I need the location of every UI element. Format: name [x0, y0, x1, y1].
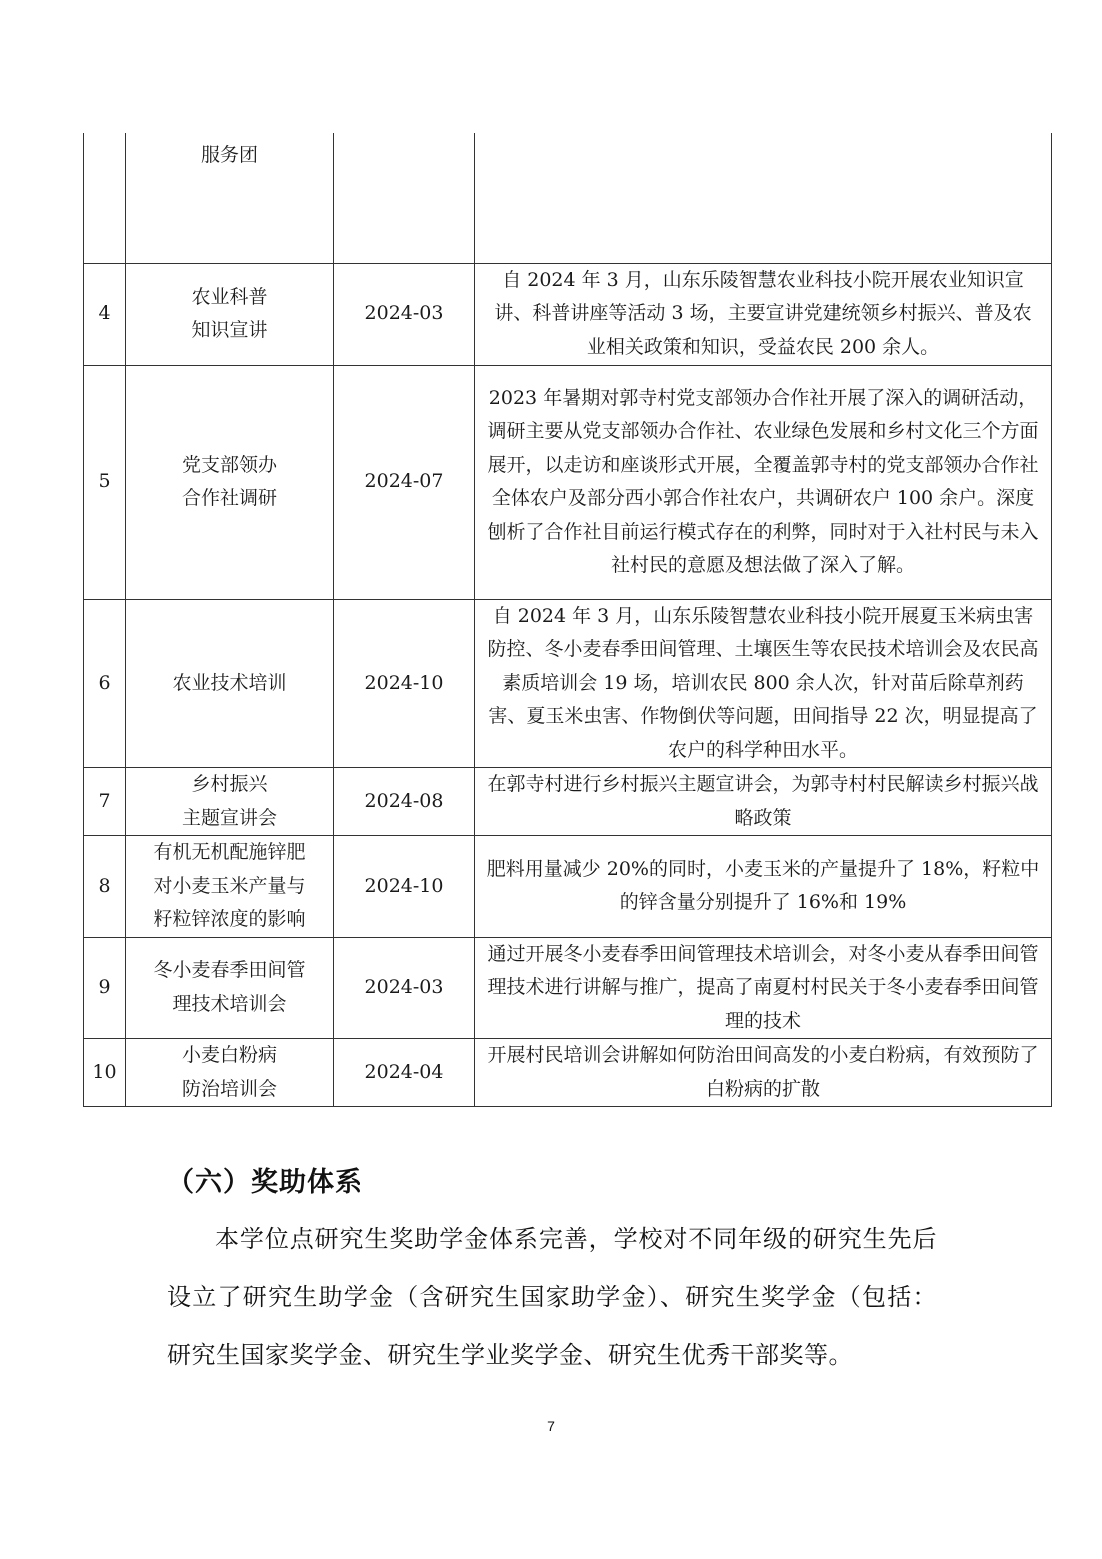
activity-description: 通过开展冬小麦春季田间管理技术培训会，对冬小麦从春季田间管理技术进行讲解与推广，… [475, 937, 1052, 1039]
table-row: 服务团 [84, 133, 1052, 263]
activity-date: 2024-10 [334, 599, 475, 768]
row-number: 9 [84, 937, 126, 1039]
activity-name-line: 乡村振兴 [132, 768, 327, 802]
activity-name-line: 有机无机配施锌肥 [132, 836, 327, 870]
row-number: 5 [84, 365, 126, 599]
activity-description: 肥料用量减少 20%的同时，小麦玉米的产量提升了 18%，籽粒中的锌含量分别提升… [475, 836, 1052, 938]
activity-date: 2024-07 [334, 365, 475, 599]
table-row: 7乡村振兴主题宣讲会2024-08在郭寺村进行乡村振兴主题宣讲会，为郭寺村村民解… [84, 768, 1052, 836]
activity-date: 2024-08 [334, 768, 475, 836]
row-number [84, 133, 126, 263]
activity-name-line: 冬小麦春季田间管 [132, 954, 327, 988]
activity-date: 2024-03 [334, 263, 475, 365]
activity-date: 2024-03 [334, 937, 475, 1039]
activity-name-line: 防治培训会 [132, 1073, 327, 1107]
activity-name: 乡村振兴主题宣讲会 [126, 768, 334, 836]
section-title: （六）奖助体系 [167, 1160, 363, 1199]
activity-name-line: 籽粒锌浓度的影响 [132, 903, 327, 937]
table-row: 6农业技术培训2024-10自 2024 年 3 月，山东乐陵智慧农业科技小院开… [84, 599, 1052, 768]
activity-name-line: 小麦白粉病 [132, 1039, 327, 1073]
activity-date: 2024-10 [334, 836, 475, 938]
row-number: 8 [84, 836, 126, 938]
row-number: 10 [84, 1039, 126, 1107]
activity-name-line: 主题宣讲会 [132, 802, 327, 836]
row-number: 6 [84, 599, 126, 768]
activity-name: 有机无机配施锌肥对小麦玉米产量与籽粒锌浓度的影响 [126, 836, 334, 938]
activity-name: 农业科普知识宣讲 [126, 263, 334, 365]
activity-name-line: 农业技术培训 [132, 667, 327, 701]
activity-name: 服务团 [126, 133, 334, 263]
section-paragraph: 本学位点研究生奖助学金体系完善，学校对不同年级的研究生先后设立了研究生助学金（含… [167, 1210, 937, 1384]
activity-name-line: 服务团 [132, 139, 327, 173]
table-row: 4农业科普知识宣讲2024-03自 2024 年 3 月，山东乐陵智慧农业科技小… [84, 263, 1052, 365]
activity-description: 在郭寺村进行乡村振兴主题宣讲会，为郭寺村村民解读乡村振兴战略政策 [475, 768, 1052, 836]
activity-name: 农业技术培训 [126, 599, 334, 768]
activity-name-line: 党支部领办 [132, 449, 327, 483]
activity-description: 开展村民培训会讲解如何防治田间高发的小麦白粉病，有效预防了白粉病的扩散 [475, 1039, 1052, 1107]
table-row: 10小麦白粉病防治培训会2024-04开展村民培训会讲解如何防治田间高发的小麦白… [84, 1039, 1052, 1107]
activity-date [334, 133, 475, 263]
activity-name: 小麦白粉病防治培训会 [126, 1039, 334, 1107]
activity-name-line: 知识宣讲 [132, 314, 327, 348]
activity-name: 冬小麦春季田间管理技术培训会 [126, 937, 334, 1039]
page-number: 7 [0, 1418, 1102, 1434]
activity-name-line: 对小麦玉米产量与 [132, 870, 327, 904]
table-row: 9冬小麦春季田间管理技术培训会2024-03通过开展冬小麦春季田间管理技术培训会… [84, 937, 1052, 1039]
activity-name: 党支部领办合作社调研 [126, 365, 334, 599]
row-number: 7 [84, 768, 126, 836]
activity-description: 2023 年暑期对郭寺村党支部领办合作社开展了深入的调研活动，调研主要从党支部领… [475, 365, 1052, 599]
activity-description: 自 2024 年 3 月，山东乐陵智慧农业科技小院开展农业知识宣讲、科普讲座等活… [475, 263, 1052, 365]
activity-name-line: 农业科普 [132, 281, 327, 315]
activity-name-line: 理技术培训会 [132, 988, 327, 1022]
activity-name-line: 合作社调研 [132, 482, 327, 516]
activity-date: 2024-04 [334, 1039, 475, 1107]
row-number: 4 [84, 263, 126, 365]
table-row: 8有机无机配施锌肥对小麦玉米产量与籽粒锌浓度的影响2024-10肥料用量减少 2… [84, 836, 1052, 938]
activities-table: 服务团4农业科普知识宣讲2024-03自 2024 年 3 月，山东乐陵智慧农业… [83, 133, 1052, 1107]
activity-description [475, 133, 1052, 263]
table-row: 5党支部领办合作社调研2024-072023 年暑期对郭寺村党支部领办合作社开展… [84, 365, 1052, 599]
activity-description: 自 2024 年 3 月，山东乐陵智慧农业科技小院开展夏玉米病虫害防控、冬小麦春… [475, 599, 1052, 768]
